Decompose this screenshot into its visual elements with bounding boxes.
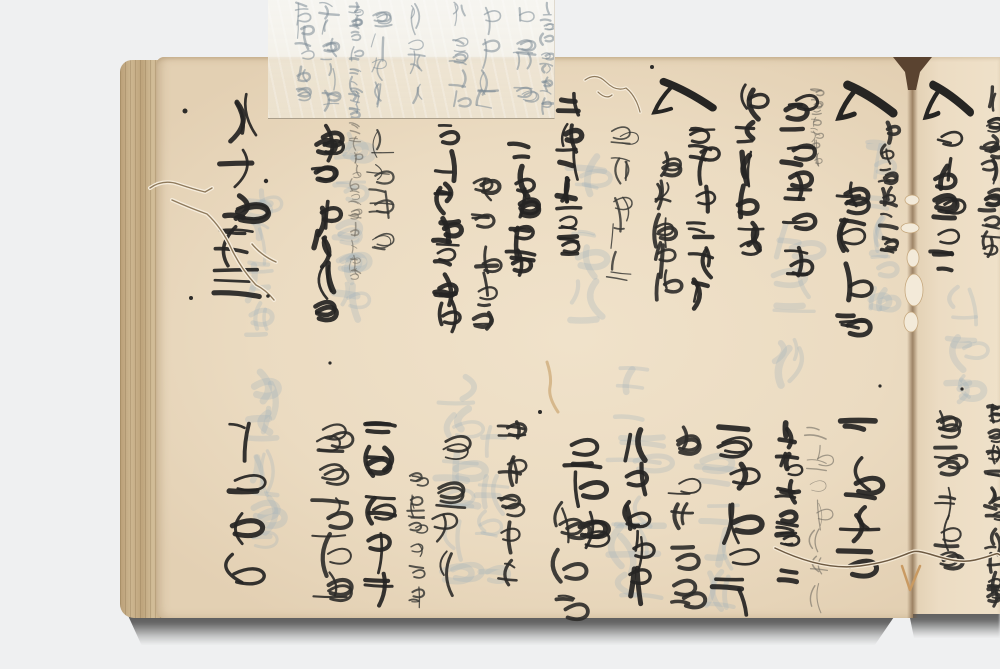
slip-ink bbox=[290, 0, 313, 115]
handwriting-ink bbox=[430, 123, 462, 320]
text-column: 角ゝ屋助 bbox=[773, 420, 801, 580]
text-column-sub: 二和介兮 bbox=[545, 500, 587, 605]
handwriting-ink bbox=[876, 120, 898, 275]
slip-ink bbox=[317, 0, 340, 115]
text-column: 中〆毛百丸三れ bbox=[493, 413, 527, 593]
text-column: 筋の市兵衛 bbox=[707, 417, 760, 607]
handwriting-ink bbox=[553, 87, 583, 273]
handwriting-ink bbox=[545, 500, 587, 605]
handwriting-ink bbox=[422, 420, 468, 593]
text-column: カ三四匁下 bbox=[553, 87, 583, 273]
handwriting-ink bbox=[467, 170, 501, 327]
text-column: 川赤右下 bbox=[347, 117, 362, 290]
photo-stage: 入 中〆綿〆文 代三こ吉 り〆綿れ 此兵 入 かゞ部 四〆八百文 ゟ 〆三百三文… bbox=[0, 0, 1000, 669]
text-column: 雛三郎築地作 bbox=[307, 413, 350, 603]
text-column: 〆三百三文 bbox=[776, 82, 816, 267]
text-column: カミ二六匁 bbox=[363, 120, 397, 260]
slip-ink bbox=[367, 0, 393, 115]
text-column: 川新ゟ bbox=[615, 423, 653, 593]
text-column: カミ四匁二分 bbox=[430, 123, 462, 320]
text-column-sub: 四〆八百文 bbox=[828, 178, 870, 330]
text-column: 宮新助屋 bbox=[357, 410, 397, 607]
text-column: アミ三両こ bbox=[603, 118, 637, 263]
handwriting-ink bbox=[307, 120, 343, 323]
text-column: 代三こ吉 bbox=[977, 85, 1000, 250]
handwriting-ink bbox=[801, 410, 831, 590]
slip-ink bbox=[510, 0, 537, 115]
text-column: か〆三四匁こ bbox=[730, 80, 766, 262]
handwriting-ink bbox=[307, 413, 350, 603]
slip-ink-column bbox=[403, 0, 430, 115]
text-column: 一中七年五 bbox=[210, 417, 267, 603]
text-column: かゞ部 bbox=[876, 120, 898, 275]
slip-ink bbox=[447, 0, 470, 108]
handwriting-ink bbox=[363, 120, 397, 260]
text-column: 中〆弐綿〆文 bbox=[683, 110, 717, 292]
handwriting-ink bbox=[503, 123, 537, 287]
handwriting-ink bbox=[833, 407, 883, 590]
text-column: 此兵 bbox=[982, 400, 1000, 600]
text-column: カミ三匁壱分 bbox=[307, 120, 343, 323]
handwriting-ink bbox=[683, 110, 717, 292]
handwriting-ink bbox=[347, 117, 362, 290]
iri-mark-icon: 入 bbox=[832, 80, 900, 125]
text-column: カ三四匁下 bbox=[503, 123, 537, 287]
slip-ink-column bbox=[347, 0, 363, 112]
handwriting-ink bbox=[357, 410, 397, 607]
handwriting-ink bbox=[707, 417, 760, 607]
handwriting-ink bbox=[982, 400, 1000, 600]
handwriting-ink bbox=[405, 467, 427, 603]
slip-ink-column bbox=[447, 0, 470, 108]
book-gutter bbox=[907, 57, 918, 618]
slip-ink bbox=[403, 0, 430, 115]
handwriting-ink bbox=[977, 85, 1000, 250]
handwriting-ink bbox=[776, 82, 816, 267]
slip-ink-column bbox=[510, 0, 537, 115]
slip-ink-column bbox=[472, 0, 502, 115]
slip-ink-column bbox=[538, 0, 554, 110]
handwriting-ink bbox=[207, 90, 265, 322]
text-column: 以入金七両弐分 bbox=[207, 90, 265, 322]
slip-ink bbox=[347, 0, 363, 112]
handwriting-ink bbox=[210, 417, 267, 603]
text-column: 北宮町 bbox=[422, 420, 468, 593]
handwriting-ink bbox=[730, 80, 766, 262]
handwriting-ink bbox=[493, 413, 527, 593]
slip-ink bbox=[538, 0, 554, 110]
text-column-sub: 綿屋右衛 bbox=[405, 467, 427, 603]
handwriting-ink bbox=[615, 423, 653, 593]
text-column: 四〆八百文 bbox=[467, 170, 501, 327]
bleed-through-ink bbox=[940, 280, 985, 400]
pasted-paper-slip bbox=[268, 0, 555, 119]
text-column: 中〆綿〆文 bbox=[926, 122, 964, 282]
handwriting-ink bbox=[926, 122, 964, 282]
text-column-sub: 八宗蝶嶋彦兵衛 bbox=[801, 410, 831, 590]
slip-ink-column bbox=[290, 0, 313, 115]
slip-ink-column bbox=[367, 0, 393, 115]
ghost-ink bbox=[940, 280, 985, 400]
handwriting-ink bbox=[928, 407, 964, 587]
iri-mark-icon: 入 bbox=[920, 80, 976, 124]
handwriting-ink bbox=[603, 118, 637, 263]
text-column: 下ゝ五兵衛 bbox=[663, 417, 703, 597]
handwriting-ink bbox=[828, 178, 870, 330]
text-column-sub: 此古綿かへ bbox=[648, 150, 680, 300]
slip-ink bbox=[472, 0, 502, 115]
handwriting-ink bbox=[663, 417, 703, 597]
text-column: り〆綿れ bbox=[928, 407, 964, 587]
text-column: 丹世町屋れ bbox=[833, 407, 883, 590]
handwriting-ink bbox=[648, 150, 680, 300]
slip-ink-column bbox=[317, 0, 340, 115]
handwriting-ink bbox=[773, 420, 801, 580]
